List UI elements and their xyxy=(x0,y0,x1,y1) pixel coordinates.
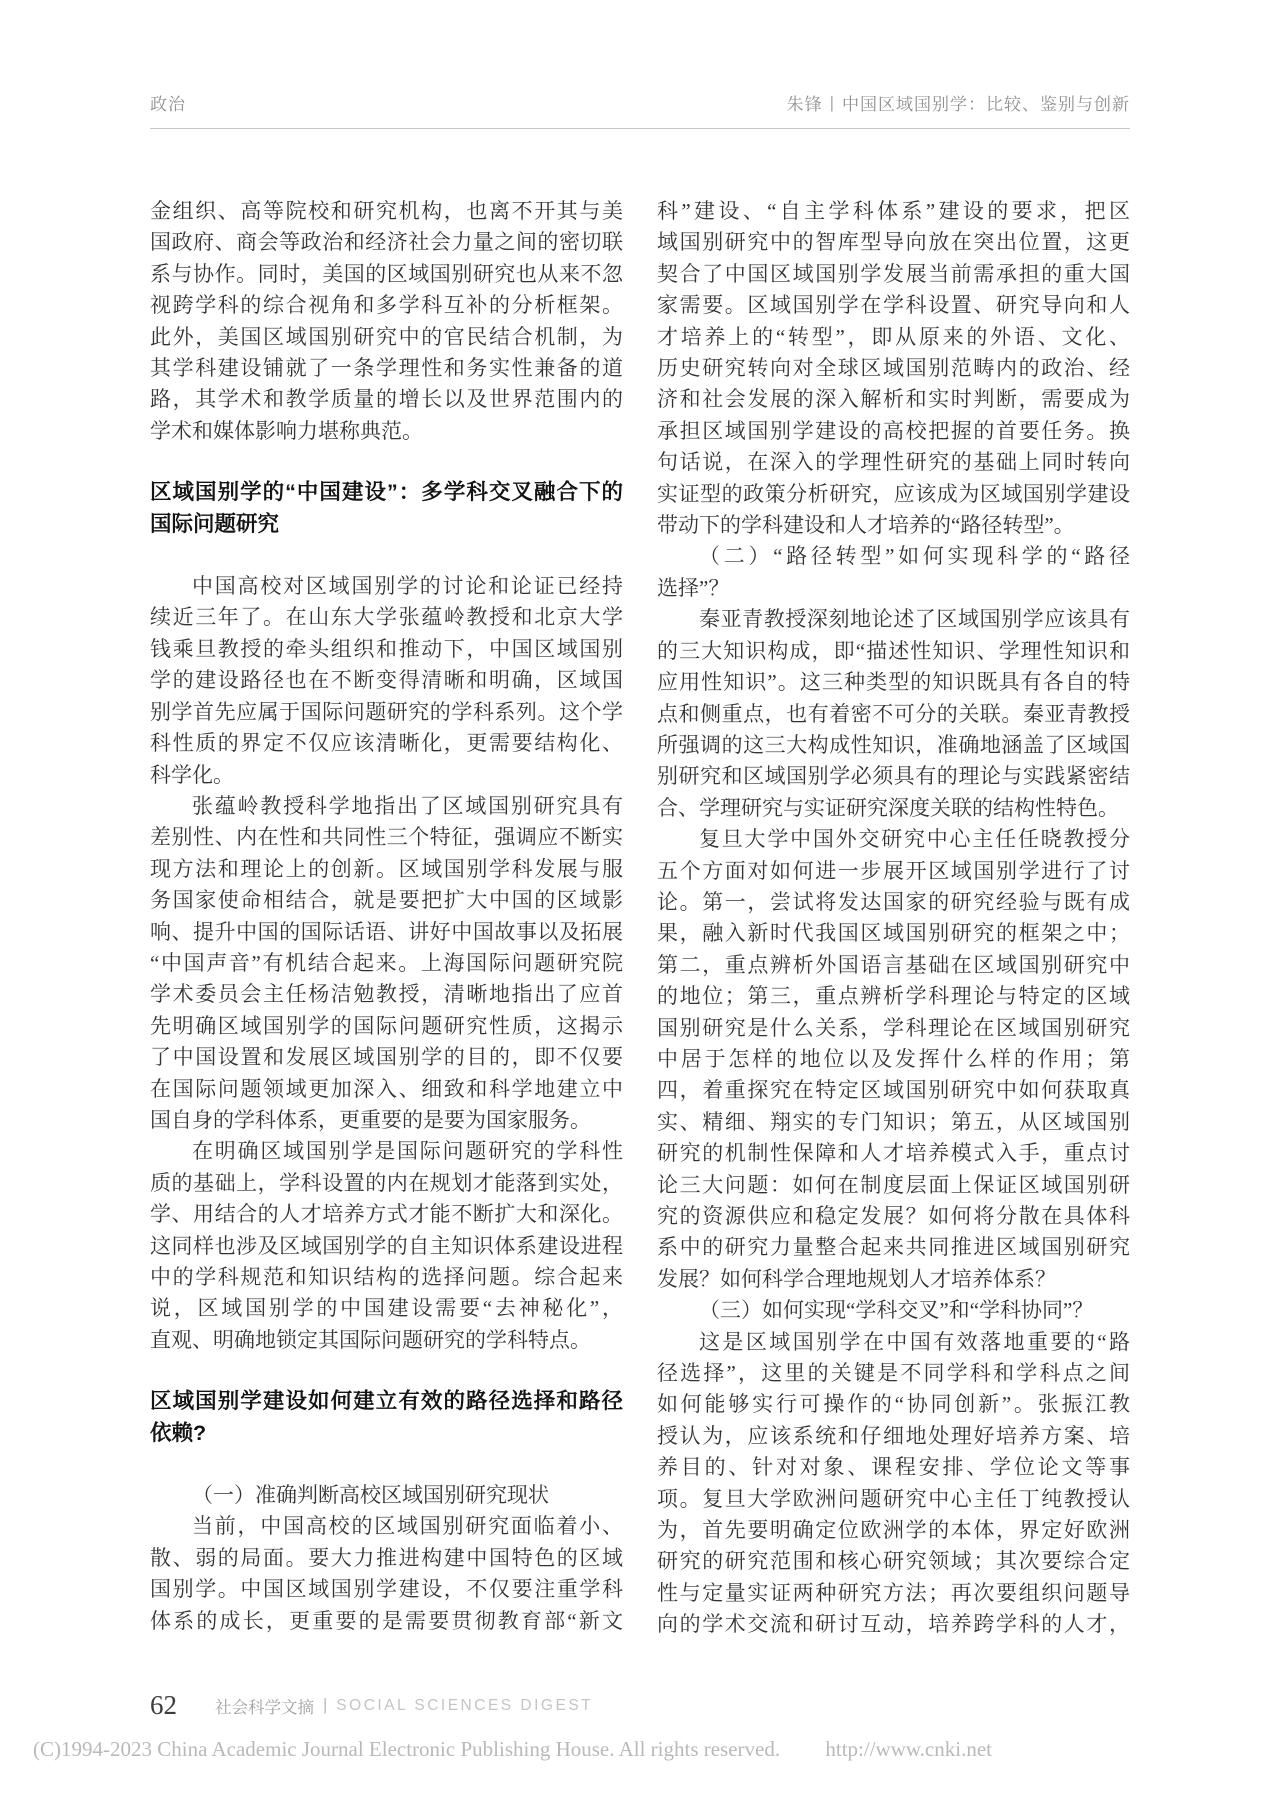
text-line: 质的基础上，学科设置的内在规划才能落到实处， xyxy=(150,1168,623,1199)
text-line: 性与定量实证两种研究方法；再次要组织问题导 xyxy=(657,1578,1130,1609)
text-line: 域国别研究中的智库型导向放在突出位置，这更 xyxy=(657,227,1130,258)
text-line: 项。复旦大学欧洲问题研究中心主任丁纯教授认 xyxy=(657,1484,1130,1515)
header-divider: | xyxy=(830,93,835,113)
text-line: 路，其学术和教学质量的增长以及世界范围内的 xyxy=(150,384,623,415)
left-column: 金组织、高等院校和研究机构，也离不开其与美国政府、商会等政治和经济社会力量之间的… xyxy=(150,196,623,1641)
text-line: 说，区域国别学的中国建设需要“去神秘化”， xyxy=(150,1293,623,1324)
paragraph: （一）准确判断高校区域国别研究现状 xyxy=(150,1480,623,1511)
paragraph: 这是区域国别学在中国有效落地重要的“路径选择”，这里的关键是不同学科和学科点之间… xyxy=(657,1327,1130,1641)
text-line: 承担区域国别学建设的高校把握的首要任务。换 xyxy=(657,416,1130,447)
text-line: 系与协作。同时，美国的区域国别研究也从来不忽 xyxy=(150,259,623,290)
footer-divider: | xyxy=(323,1696,327,1715)
paragraph: 秦亚青教授深刻地论述了区域国别学应该具有的三大知识构成，即“描述性知识、学理性知… xyxy=(657,604,1130,824)
text-line: 究的资源供应和稳定发展？如何将分散在具体科 xyxy=(657,1201,1130,1232)
text-line: 国自身的学科体系，更重要的是要为国家服务。 xyxy=(150,1105,623,1136)
text-line: 散、弱的局面。要大力推进构建中国特色的区域 xyxy=(150,1543,623,1574)
text-line: 五个方面对如何进一步展开区域国别学进行了讨 xyxy=(657,856,1130,887)
text-line: 差别性、内在性和共同性三个特征，强调应不断实 xyxy=(150,822,623,853)
text-line: 别学首先应属于国际问题研究的学科系列。这个学 xyxy=(150,697,623,728)
text-line: 钱乘旦教授的牵头组织和推动下，中国区域国别 xyxy=(150,634,623,665)
running-title: 朱锋 | 中国区域国别学：比较、鉴别与创新 xyxy=(787,90,1130,115)
text-line: 区域国别学建设如何建立有效的路径选择和路径 xyxy=(150,1386,623,1417)
text-line: 国政府、商会等政治和经济社会力量之间的密切联 xyxy=(150,227,623,258)
text-line: “中国声音”有机结合起来。上海国际问题研究院 xyxy=(150,948,623,979)
text-line: 合、学理研究与实证研究深度关联的结构性特色。 xyxy=(657,793,1130,824)
text-line: （一）准确判断高校区域国别研究现状 xyxy=(150,1480,623,1511)
text-line: 选择”？ xyxy=(657,573,1130,604)
text-line: 区域国别学的“中国建设”：多学科交叉融合下的 xyxy=(150,477,623,508)
text-line: 应用性知识”。这三种类型的知识既具有各自的特 xyxy=(657,667,1130,698)
paragraph: 科”建设、“自主学科体系”建设的要求，把区域国别研究中的智库型导向放在突出位置，… xyxy=(657,196,1130,541)
text-line: （二）“路径转型”如何实现科学的“路径 xyxy=(657,541,1130,572)
text-line: 了中国设置和发展区域国别学的目的，即不仅要 xyxy=(150,1042,623,1073)
journal-name-en: SOCIAL SCIENCES DIGEST xyxy=(336,1697,593,1715)
text-line: 体系的成长，更重要的是需要贯彻教育部“新文 xyxy=(150,1606,623,1637)
text-line: 直观、明确地锁定其国际问题研究的学科特点。 xyxy=(150,1325,623,1356)
section-label: 政治 xyxy=(150,90,186,115)
copyright-line: (C)1994-2023 China Academic Journal Elec… xyxy=(33,1737,992,1762)
text-line: 现方法和理论上的创新。区域国别学科发展与服 xyxy=(150,854,623,885)
text-line: 系中的研究力量整合起来共同推进区域国别研究 xyxy=(657,1232,1130,1263)
text-line: 实证型的政策分析研究，应该成为区域国别学建设 xyxy=(657,479,1130,510)
text-line: 当前，中国高校的区域国别研究面临着小、 xyxy=(150,1511,623,1542)
text-line: 为，首先要明确定位欧洲学的本体，界定好欧洲 xyxy=(657,1515,1130,1546)
text-line: 契合了中国区域国别学发展当前需承担的重大国 xyxy=(657,259,1130,290)
page-header: 政治 朱锋 | 中国区域国别学：比较、鉴别与创新 xyxy=(150,90,1130,129)
text-line: 国别研究是什么关系，学科理论在区域国别研究 xyxy=(657,1013,1130,1044)
text-line: 授认为，应该系统和仔细地处理好培养方案、培 xyxy=(657,1421,1130,1452)
text-line: 济和社会发展的深入解析和实时判断，需要成为 xyxy=(657,384,1130,415)
text-line: 科性质的界定不仅应该清晰化，更需要结构化、 xyxy=(150,728,623,759)
text-line: 径选择”，这里的关键是不同学科和学科点之间 xyxy=(657,1358,1130,1389)
text-line: 中居于怎样的地位以及发挥什么样的作用；第 xyxy=(657,1044,1130,1075)
cnki-url: http://www.cnki.net xyxy=(825,1737,992,1761)
text-line: 中国高校对区域国别学的讨论和论证已经持 xyxy=(150,571,623,602)
text-line: 的地位；第三，重点辨析学科理论与特定的区域 xyxy=(657,981,1130,1012)
text-line: 点和侧重点，也有着密不可分的关联。秦亚青教授 xyxy=(657,699,1130,730)
journal-name: 社会科学文摘 | SOCIAL SCIENCES DIGEST xyxy=(215,1694,593,1718)
text-line: 发展？如何科学合理地规划人才培养体系？ xyxy=(657,1264,1130,1295)
text-line: 的三大知识构成，即“描述性知识、学理性知识和 xyxy=(657,636,1130,667)
text-line: 四，着重探究在特定区域国别研究中如何获取真 xyxy=(657,1075,1130,1106)
text-line: （三）如何实现“学科交叉”和“学科协同”？ xyxy=(657,1295,1130,1326)
paragraph: 在明确区域国别学是国际问题研究的学科性质的基础上，学科设置的内在规划才能落到实处… xyxy=(150,1136,623,1356)
text-line: 这是区域国别学在中国有效落地重要的“路 xyxy=(657,1327,1130,1358)
article-body: 金组织、高等院校和研究机构，也离不开其与美国政府、商会等政治和经济社会力量之间的… xyxy=(150,196,1130,1641)
text-line: 学的建设路径也在不断变得清晰和明确，区域国 xyxy=(150,665,623,696)
text-line: 科”建设、“自主学科体系”建设的要求，把区 xyxy=(657,196,1130,227)
paragraph: 中国高校对区域国别学的讨论和论证已经持续近三年了。在山东大学张蕴岭教授和北京大学… xyxy=(150,571,623,791)
author-name: 朱锋 xyxy=(787,90,823,115)
text-line: 研究的研究范围和核心研究领域；其次要综合定 xyxy=(657,1546,1130,1577)
text-line: 务国家使命相结合，就是要把扩大中国的区域影 xyxy=(150,885,623,916)
text-line: 续近三年了。在山东大学张蕴岭教授和北京大学 xyxy=(150,602,623,633)
text-line: 学术委员会主任杨洁勉教授，清晰地指出了应首 xyxy=(150,979,623,1010)
text-line: 秦亚青教授深刻地论述了区域国别学应该具有 xyxy=(657,604,1130,635)
text-line: 论。第一，尝试将发达国家的研究经验与既有成 xyxy=(657,887,1130,918)
text-line: 其学科建设铺就了一条学理性和务实性兼备的道 xyxy=(150,353,623,384)
text-line: 别研究和区域国别学必须具有的理论与实践紧密结 xyxy=(657,761,1130,792)
text-line: 论三大问题：如何在制度层面上保证区域国别研 xyxy=(657,1170,1130,1201)
paragraph: （二）“路径转型”如何实现科学的“路径选择”？ xyxy=(657,541,1130,604)
text-line: 养目的、针对对象、课程安排、学位论文等事 xyxy=(657,1452,1130,1483)
text-line: 此外，美国区域国别研究中的官民结合机制，为 xyxy=(150,322,623,353)
text-line: 家需要。区域国别学在学科设置、研究导向和人 xyxy=(657,290,1130,321)
text-line: 在明确区域国别学是国际问题研究的学科性 xyxy=(150,1136,623,1167)
page-number: 62 xyxy=(150,1690,177,1721)
text-line: 所强调的这三大构成性知识，准确地涵盖了区域国 xyxy=(657,730,1130,761)
paragraph: （三）如何实现“学科交叉”和“学科协同”？ xyxy=(657,1295,1130,1326)
paragraph: 当前，中国高校的区域国别研究面临着小、散、弱的局面。要大力推进构建中国特色的区域… xyxy=(150,1511,623,1637)
text-line: 响、提升中国的国际话语、讲好中国故事以及拓展 xyxy=(150,917,623,948)
paragraph: 张蕴岭教授科学地指出了区域国别研究具有差别性、内在性和共同性三个特征，强调应不断… xyxy=(150,791,623,1136)
text-line: 在国际问题领域更加深入、细致和科学地建立中 xyxy=(150,1074,623,1105)
text-line: 学、用结合的人才培养方式才能不断扩大和深化。 xyxy=(150,1199,623,1230)
text-line: 历史研究转向对全球区域国别范畴内的政治、经 xyxy=(657,353,1130,384)
copyright-text: (C)1994-2023 China Academic Journal Elec… xyxy=(33,1737,780,1761)
text-line: 科学化。 xyxy=(150,760,623,791)
text-line: 研究的机制性保障和人才培养模式入手，重点讨 xyxy=(657,1138,1130,1169)
journal-name-cn: 社会科学文摘 xyxy=(215,1694,314,1718)
text-line: 学术和媒体影响力堪称典范。 xyxy=(150,416,623,447)
text-line: 复旦大学中国外交研究中心主任任晓教授分 xyxy=(657,824,1130,855)
text-line: 先明确区域国别学的国际问题研究性质，这揭示 xyxy=(150,1011,623,1042)
paragraph: 复旦大学中国外交研究中心主任任晓教授分五个方面对如何进一步展开区域国别学进行了讨… xyxy=(657,824,1130,1295)
text-line: 如何能够实行可操作的“协同创新”。张振江教 xyxy=(657,1389,1130,1420)
text-line: 向的学术交流和研讨互动，培养跨学科的人才， xyxy=(657,1609,1130,1640)
text-line: 国际问题研究 xyxy=(150,509,623,540)
text-line: 国别学。中国区域国别学建设，不仅要注重学科 xyxy=(150,1574,623,1605)
text-line: 金组织、高等院校和研究机构，也离不开其与美 xyxy=(150,196,623,227)
text-line: 中的学科规范和知识结构的选择问题。综合起来 xyxy=(150,1262,623,1293)
text-line: 句话说，在深入的学理性研究的基础上同时转向 xyxy=(657,447,1130,478)
text-line: 视跨学科的综合视角和多学科互补的分析框架。 xyxy=(150,290,623,321)
text-line: 依赖? xyxy=(150,1418,623,1449)
text-line: 实、精细、翔实的专门知识；第五，从区域国别 xyxy=(657,1107,1130,1138)
text-line: 张蕴岭教授科学地指出了区域国别研究具有 xyxy=(150,791,623,822)
paragraph: 金组织、高等院校和研究机构，也离不开其与美国政府、商会等政治和经济社会力量之间的… xyxy=(150,196,623,447)
section-heading: 区域国别学建设如何建立有效的路径选择和路径依赖? xyxy=(150,1386,623,1449)
text-line: 第二，重点辨析外国语言基础在区域国别研究中 xyxy=(657,950,1130,981)
document-page: 政治 朱锋 | 中国区域国别学：比较、鉴别与创新 金组织、高等院校和研究机构，也… xyxy=(0,0,1280,1795)
right-column: 科”建设、“自主学科体系”建设的要求，把区域国别研究中的智库型导向放在突出位置，… xyxy=(657,196,1130,1641)
page-footer: 62 社会科学文摘 | SOCIAL SCIENCES DIGEST xyxy=(150,1690,593,1721)
article-title: 中国区域国别学：比较、鉴别与创新 xyxy=(842,90,1130,115)
text-line: 带动下的学科建设和人才培养的“路径转型”。 xyxy=(657,510,1130,541)
text-line: 才培养上的“转型”，即从原来的外语、文化、 xyxy=(657,322,1130,353)
text-line: 这同样也涉及区域国别学的自主知识体系建设进程 xyxy=(150,1231,623,1262)
text-line: 果，融入新时代我国区域国别研究的框架之中； xyxy=(657,918,1130,949)
section-heading: 区域国别学的“中国建设”：多学科交叉融合下的国际问题研究 xyxy=(150,477,623,540)
